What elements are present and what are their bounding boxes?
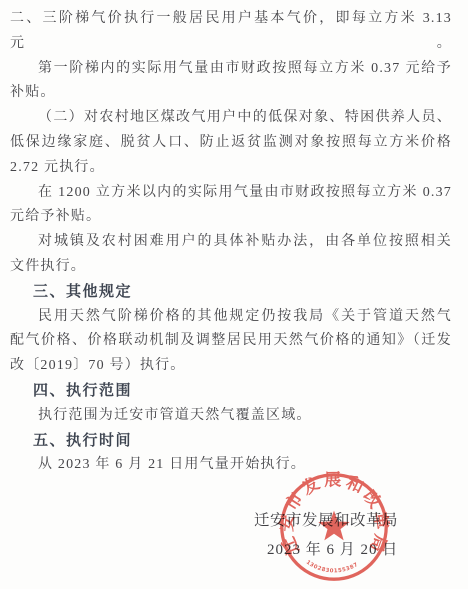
- official-seal: 迁安市发展和改革局 1302830155387: [276, 469, 392, 585]
- document-line: 文件执行。: [10, 255, 452, 280]
- document-line: 对城镇及农村困难用户的具体补贴办法，由各单位按照相关: [10, 230, 452, 255]
- heading-execution-scope: 四、执行范围: [33, 379, 452, 404]
- document-line: 执行范围为迁安市管道天然气覆盖区域。: [10, 404, 452, 429]
- document-line: 配气价格、价格联动机制及调整居民用天然气价格的通知》（迁发: [10, 329, 452, 354]
- document-line: 改〔2019〕70 号）执行。: [10, 354, 452, 379]
- seal-code: 1302830155387: [305, 559, 360, 574]
- seal-star-icon: [318, 511, 349, 541]
- document-line: 民用天然气阶梯价格的其他规定仍按我局《关于管道天然气: [10, 305, 452, 330]
- document-line: （二）对农村地区煤改气用户中的低保对象、特困供养人员、: [10, 106, 452, 131]
- document-line: 补贴。: [10, 81, 452, 106]
- document-line: 元给予补贴。: [10, 205, 452, 230]
- document-page: 二、三阶梯气价执行一般居民用户基本气价，即每立方米 3.13 元。 第一阶梯内的…: [0, 0, 468, 589]
- document-line: 第一阶梯内的实际用气量由市财政按照每立方米 0.37 元给予: [10, 57, 452, 82]
- document-line: 2.72 元执行。: [10, 156, 452, 181]
- document-line: 低保边缘家庭、脱贫人口、防止返贫监测对象按照每立方米价格: [10, 131, 452, 156]
- document-line: 在 1200 立方米以内的实际用气量由市财政按照每立方米 0.37: [10, 181, 452, 206]
- document-line: 二、三阶梯气价执行一般居民用户基本气价，即每立方米 3.13 元。: [10, 7, 452, 57]
- heading-execution-time: 五、执行时间: [33, 429, 452, 454]
- heading-other-provisions: 三、其他规定: [33, 280, 452, 305]
